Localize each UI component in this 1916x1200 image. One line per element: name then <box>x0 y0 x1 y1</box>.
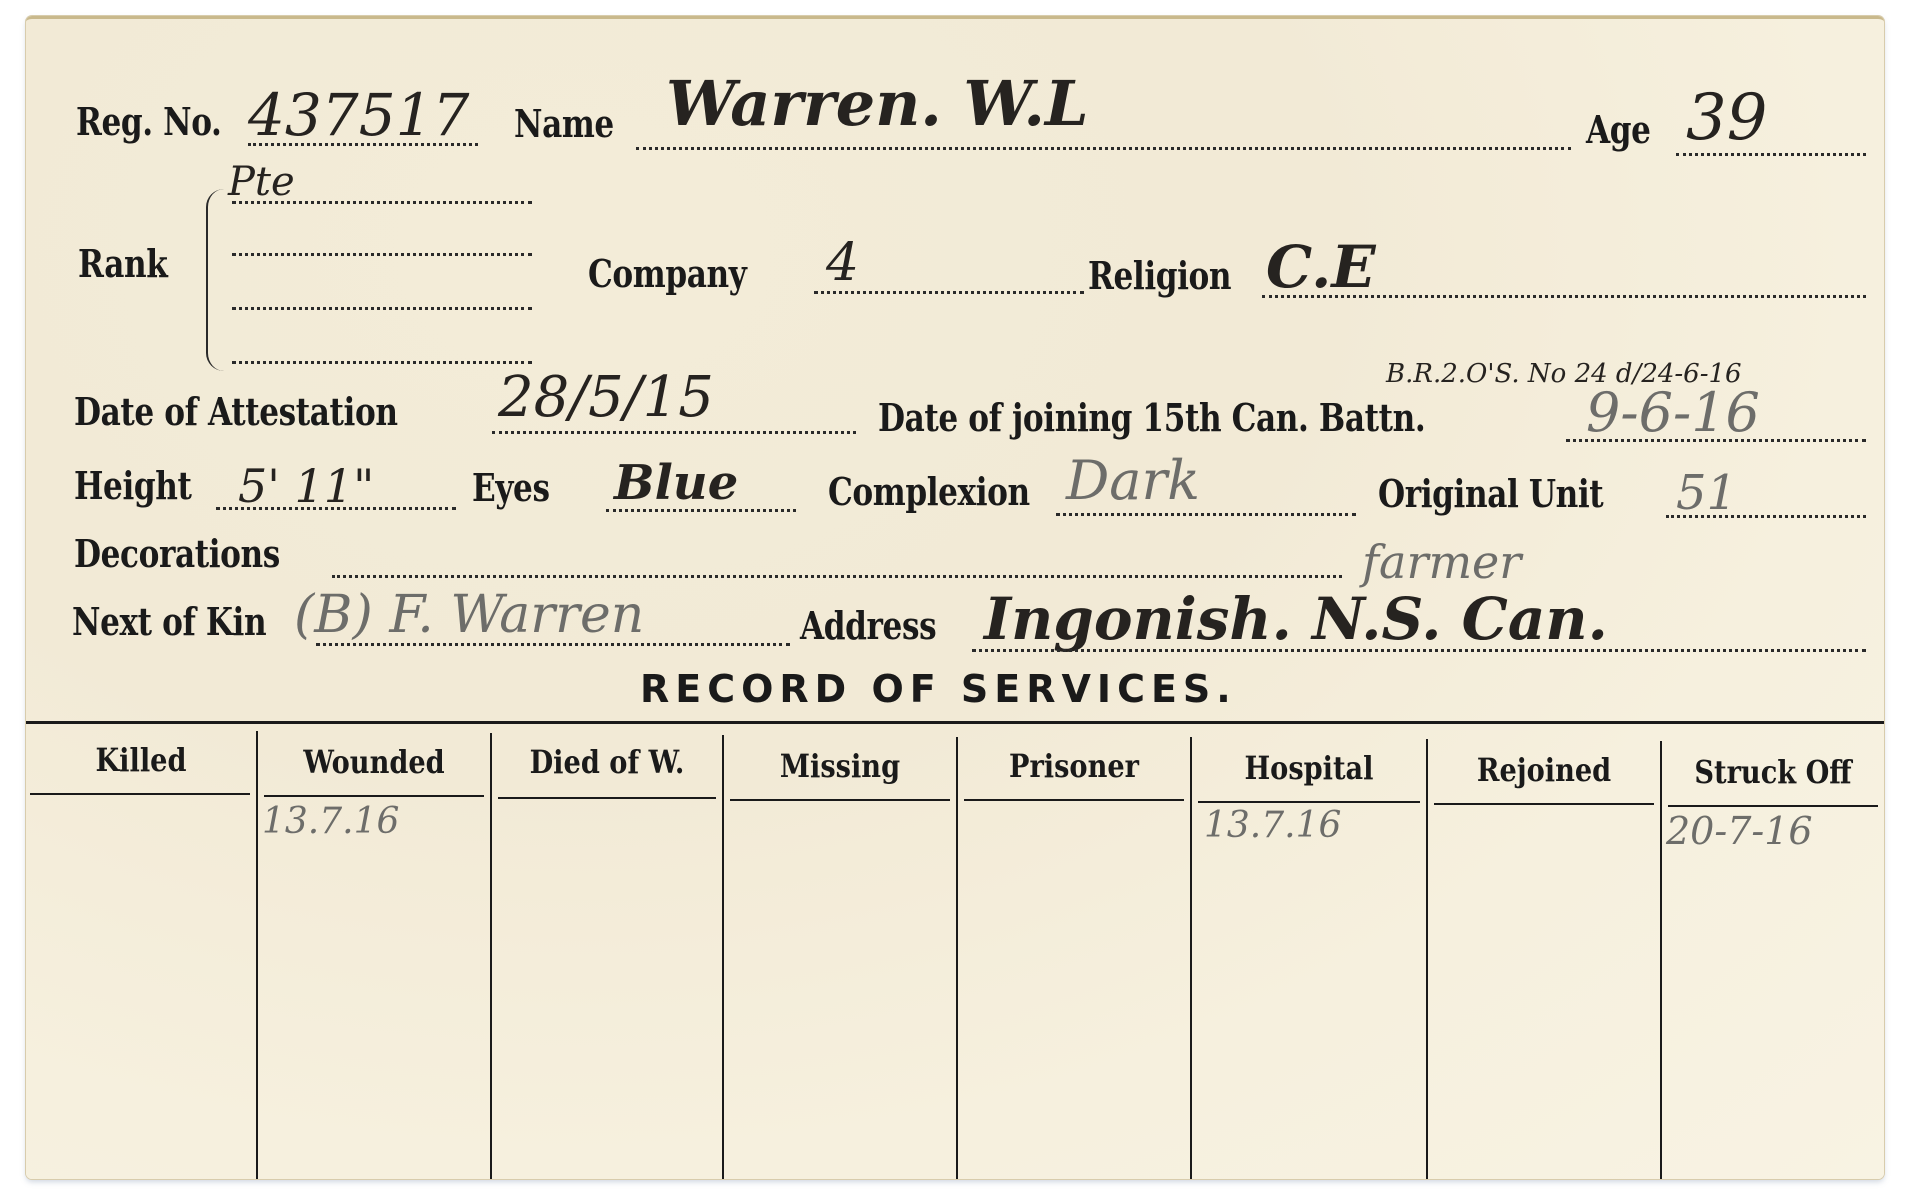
attestation-label: Date of Attestation <box>74 389 398 434</box>
decorations-line <box>332 575 1342 578</box>
col-header-rejoined: Rejoined <box>1445 751 1642 789</box>
header-underline <box>1198 801 1420 803</box>
header-underline <box>730 799 950 801</box>
eyes-line <box>606 509 796 512</box>
cell-wounded: 13.7.16 <box>262 801 399 842</box>
address-value: Ingonish. N.S. Can. <box>984 585 1608 653</box>
col-divider <box>1190 737 1192 1179</box>
col-header-struck-off: Struck Off <box>1679 753 1868 791</box>
rank-line-4 <box>232 361 532 364</box>
rank-value-1: Pte <box>228 159 295 205</box>
col-divider <box>956 737 958 1179</box>
religion-line <box>1262 295 1866 298</box>
col-divider <box>1660 741 1662 1179</box>
complexion-value: Dark <box>1066 449 1200 512</box>
joining-line <box>1566 439 1866 442</box>
complexion-label: Complexion <box>828 469 1030 514</box>
header-underline <box>30 793 250 795</box>
joining-value: 9-6-16 <box>1586 381 1760 444</box>
rank-brace <box>206 189 226 371</box>
next-of-kin-label: Next of Kin <box>72 599 266 644</box>
address-label: Address <box>800 603 936 648</box>
header-underline <box>1668 805 1878 807</box>
col-header-prisoner: Prisoner <box>975 747 1172 785</box>
name-line <box>636 147 1571 150</box>
rank-line-3 <box>232 307 532 310</box>
record-title: RECORD OF SERVICES. <box>640 667 1237 711</box>
height-line <box>216 507 456 510</box>
rank-line-2 <box>232 253 532 256</box>
col-divider <box>490 733 492 1179</box>
company-label: Company <box>588 251 746 296</box>
service-record-card: Reg. No. 437517 Name Warren. W.L Age 39 … <box>26 16 1884 1179</box>
attestation-value: 28/5/15 <box>498 365 714 430</box>
age-line <box>1676 153 1866 156</box>
complexion-line <box>1056 513 1356 516</box>
height-label: Height <box>74 463 191 508</box>
header-underline <box>964 799 1184 801</box>
next-of-kin-value: (B) F. Warren <box>294 585 644 645</box>
col-header-died-of-wounds: Died of W. <box>509 743 705 781</box>
height-value: 5' 11" <box>238 459 374 513</box>
reg-no-label: Reg. No. <box>76 99 221 144</box>
cell-hospital: 13.7.16 <box>1204 805 1341 846</box>
cell-struck-off: 20-7-16 <box>1666 809 1813 853</box>
religion-value: C.E <box>1266 233 1376 301</box>
joining-label: Date of joining 15th Can. Battn. <box>878 395 1425 440</box>
reg-no-line <box>248 143 478 146</box>
occupation-note: farmer <box>1362 535 1521 589</box>
company-value: 4 <box>826 233 859 293</box>
table-top-rule <box>26 721 1884 724</box>
age-label: Age <box>1586 107 1651 152</box>
eyes-value: Blue <box>614 455 738 511</box>
name-value: Warren. W.L <box>666 67 1089 140</box>
religion-label: Religion <box>1088 253 1231 298</box>
header-underline <box>1434 803 1654 805</box>
address-line <box>972 649 1866 652</box>
col-divider <box>722 735 724 1179</box>
decorations-label: Decorations <box>74 531 280 576</box>
col-header-killed: Killed <box>43 741 239 779</box>
rank-line-1 <box>232 201 532 204</box>
header-underline <box>264 795 484 797</box>
reg-no-value: 437517 <box>248 81 469 149</box>
header-underline <box>498 797 716 799</box>
original-unit-value: 51 <box>1676 465 1737 521</box>
col-header-wounded: Wounded <box>275 743 472 781</box>
name-label: Name <box>514 101 614 146</box>
original-unit-line <box>1666 515 1866 518</box>
col-divider <box>1426 739 1428 1179</box>
company-line <box>814 291 1084 294</box>
age-value: 39 <box>1686 81 1767 155</box>
col-divider <box>256 731 258 1179</box>
col-header-hospital: Hospital <box>1210 749 1409 787</box>
attestation-line <box>492 431 856 434</box>
rank-label: Rank <box>78 241 167 286</box>
eyes-label: Eyes <box>472 465 550 510</box>
next-of-kin-line <box>316 643 790 646</box>
original-unit-label: Original Unit <box>1378 471 1603 516</box>
col-header-missing: Missing <box>741 747 938 785</box>
